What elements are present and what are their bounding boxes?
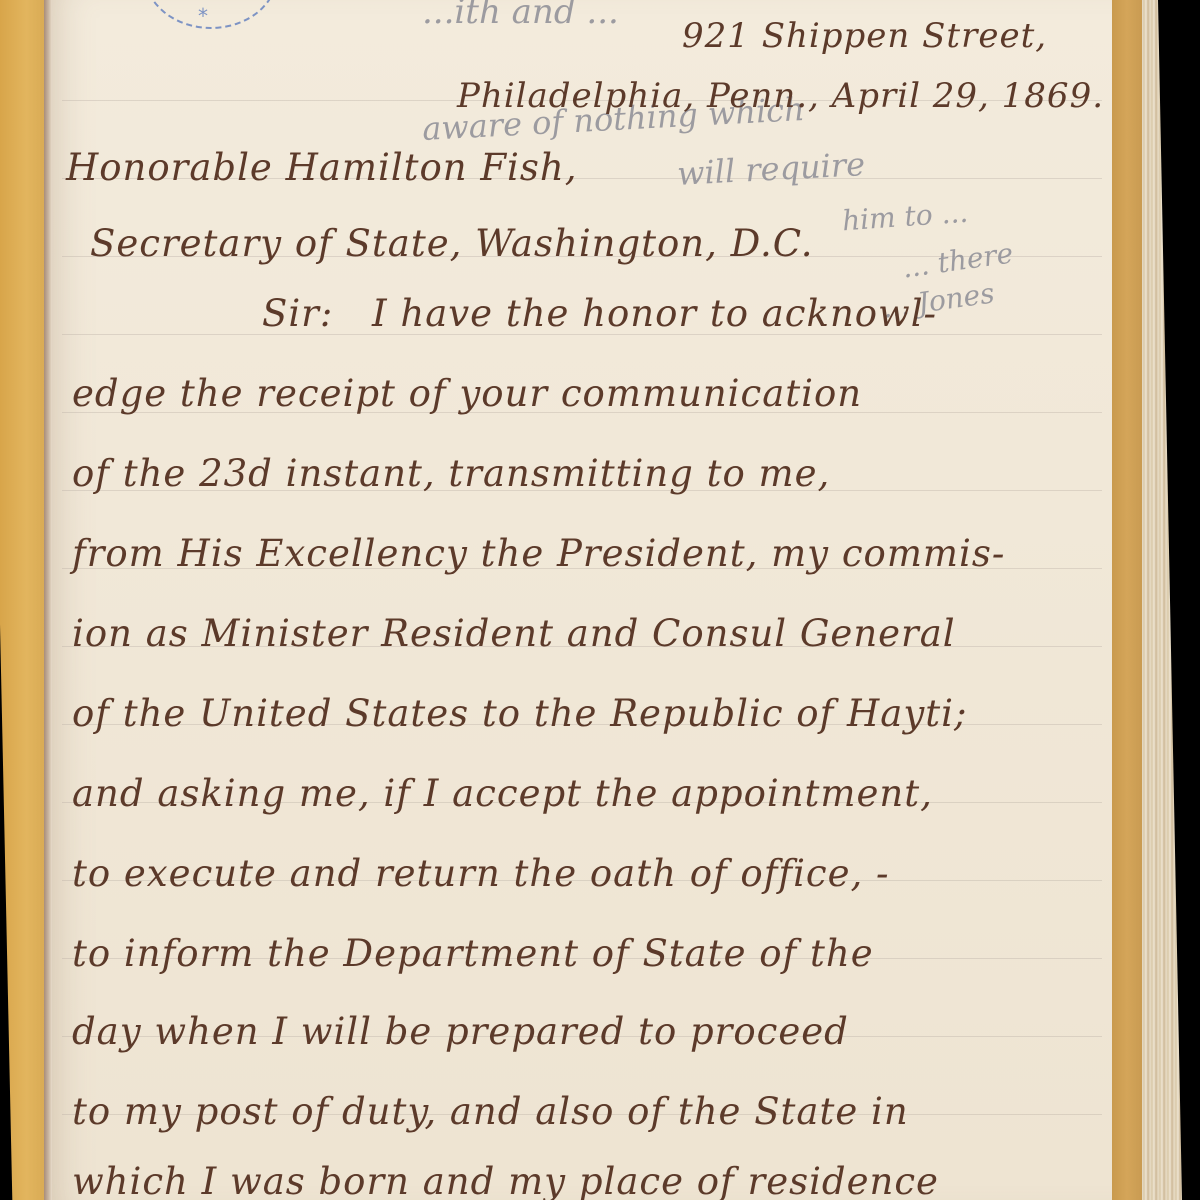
body-line: ion as Minister Resident and Consul Gene… (72, 612, 956, 655)
body-line: from His Excellency the President, my co… (72, 532, 1005, 575)
page-left-edge (44, 0, 52, 1200)
body-line: I have the honor to acknowl- (372, 292, 937, 335)
body-line: which I was born and my place of residen… (72, 1160, 939, 1200)
document-scan: * ...ith and ... aware of nothing which … (0, 0, 1200, 1200)
greeting: Sir: (262, 292, 333, 335)
page-stack-edge (1142, 0, 1182, 1200)
pencil-note: will require (676, 145, 866, 193)
pencil-note: him to ... (841, 196, 969, 238)
address-line: 921 Shippen Street, (682, 16, 1047, 56)
addressee-title: Secretary of State, Washington, D.C. (90, 222, 814, 265)
stamp-circle (144, 0, 278, 29)
stamp-star-icon: * (198, 4, 208, 28)
body-line: edge the receipt of your communication (72, 372, 862, 415)
body-line: day when I will be prepared to proceed (72, 1010, 849, 1053)
body-line: to my post of duty, and also of the Stat… (72, 1090, 909, 1133)
right-binding-mat (1112, 0, 1142, 1200)
pencil-note: ... there (900, 236, 1015, 284)
body-line: of the United States to the Republic of … (72, 692, 967, 735)
place-date-line: Philadelphia, Penn., April 29, 1869. (457, 76, 1104, 116)
body-line: to inform the Department of State of the (72, 932, 874, 975)
body-line: of the 23d instant, transmitting to me, (72, 452, 830, 495)
body-line: to execute and return the oath of office… (72, 852, 890, 895)
addressee-name: Honorable Hamilton Fish, (66, 146, 577, 189)
left-binding-mat (0, 0, 44, 1200)
pencil-note: ...ith and ... (422, 0, 619, 32)
letter-page: * ...ith and ... aware of nothing which … (52, 0, 1112, 1200)
body-line: and asking me, if I accept the appointme… (72, 772, 933, 815)
